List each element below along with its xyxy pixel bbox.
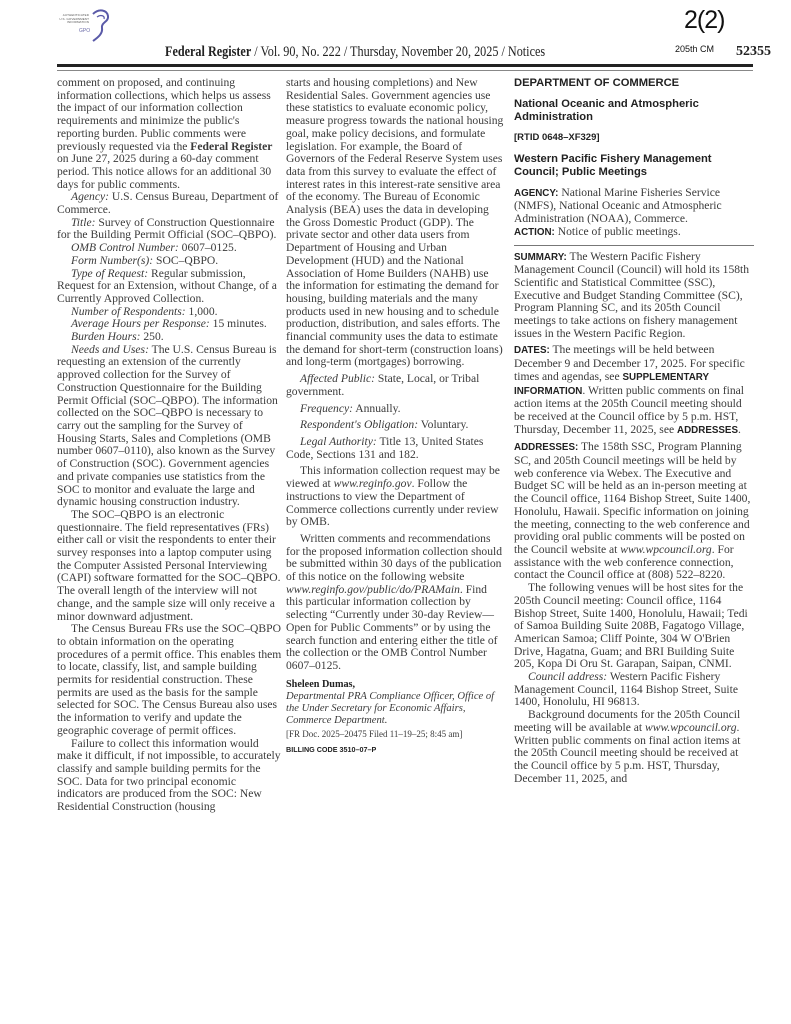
agency-heading: National Oceanic and Atmospheric Adminis… <box>514 98 754 124</box>
field-label: Needs and Uses: <box>71 343 149 356</box>
column-2: starts and housing completions) and New … <box>286 77 504 757</box>
section-label: ACTION: <box>514 227 555 238</box>
cross-reference: ADDRESSES <box>677 425 738 436</box>
field-value: 250. <box>140 330 163 343</box>
divider <box>514 245 754 246</box>
gpo-authenticated-logo: AUTHENTICATED U.S. GOVERNMENT INFORMATIO… <box>55 8 115 44</box>
field-frequency: Frequency: Annually. <box>286 403 504 416</box>
header-rule <box>57 64 753 67</box>
background-paragraph: Background documents for the 205th Counc… <box>514 709 754 785</box>
addresses-section: ADDRESSES: The 158th SSC, Program Planni… <box>514 441 754 582</box>
wpcouncil-link[interactable]: www.wpcouncil.org <box>645 721 736 734</box>
billing-code: BILLING CODE 3510–07–P <box>286 744 504 757</box>
council-address: Council address: Western Pacific Fishery… <box>514 671 754 709</box>
column-3: DEPARTMENT OF COMMERCE National Oceanic … <box>514 77 754 785</box>
bold-text: Federal Register <box>190 140 272 153</box>
paragraph: Failure to collect this information woul… <box>57 738 283 814</box>
field-affected-public: Affected Public: State, Local, or Tribal… <box>286 373 504 398</box>
venues-paragraph: The following venues will be host sites … <box>514 582 754 671</box>
field-label: Average Hours per Response: <box>71 317 210 330</box>
field-label: Respondent's Obligation: <box>300 418 418 431</box>
field-value: SOC–QBPO. <box>153 254 218 267</box>
annotation-subtitle: 205th CM <box>675 44 714 54</box>
field-label: Title: <box>71 216 95 229</box>
section-label: ADDRESSES: <box>514 442 578 453</box>
section-text: The 158th SSC, Program Planning SC, and … <box>514 440 750 556</box>
field-label: Type of Request: <box>71 267 148 280</box>
rtid: [RTID 0648–XF329] <box>514 132 754 145</box>
field-legal-authority: Legal Authority: Title 13, United States… <box>286 436 504 461</box>
section-text: The Western Pacific Fishery Management C… <box>514 250 749 340</box>
field-value: 1,000. <box>186 305 218 318</box>
field-label: Frequency: <box>300 402 353 415</box>
agency-section: AGENCY: National Marine Fisheries Servic… <box>514 187 754 226</box>
paragraph: Written comments and recommendations for… <box>286 533 504 673</box>
field-type-of-request: Type of Request: Regular submission, Req… <box>57 268 283 306</box>
field-value: 15 minutes. <box>210 317 267 330</box>
field-value: Annually. <box>353 402 401 415</box>
annotation-number: 2(2) <box>684 7 724 33</box>
field-label: Council address: <box>528 670 607 683</box>
field-label: Affected Public: <box>300 372 375 385</box>
issue-details: / Vol. 90, No. 222 / Thursday, November … <box>251 44 545 60</box>
field-label: OMB Control Number: <box>71 241 179 254</box>
paragraph: This information collection request may … <box>286 465 504 529</box>
signer-name: Sheleen Dumas, <box>286 679 504 692</box>
page-number: 52355 <box>736 44 771 60</box>
field-value: The U.S. Census Bureau is requesting an … <box>57 343 278 508</box>
fr-doc-citation: [FR Doc. 2025–20475 Filed 11–19–25; 8:45… <box>286 729 504 740</box>
field-needs-and-uses: Needs and Uses: The U.S. Census Bureau i… <box>57 344 283 509</box>
text: Written comments and recommendations for… <box>286 532 502 583</box>
wpcouncil-link[interactable]: www.wpcouncil.org <box>620 543 711 556</box>
field-label: Number of Respondents: <box>71 305 186 318</box>
pra-main-link[interactable]: www.reginfo.gov/public/do/PRAMain <box>286 583 460 596</box>
signer-title: Departmental PRA Compliance Officer, Off… <box>286 691 504 727</box>
column-1: comment on proposed, and continuing info… <box>57 77 283 814</box>
eagle-icon <box>89 8 111 42</box>
field-label: Burden Hours: <box>71 330 140 343</box>
header-rule-thin <box>57 70 753 71</box>
text: . Find this particular information colle… <box>286 583 498 672</box>
paragraph: The SOC–QBPO is an electronic questionna… <box>57 509 283 623</box>
field-title: Title: Survey of Construction Questionna… <box>57 217 283 242</box>
reginfo-link[interactable]: www.reginfo.gov <box>334 477 412 490</box>
field-value: Voluntary. <box>418 418 468 431</box>
section-label: SUMMARY: <box>514 252 567 263</box>
section-text: Notice of public meetings. <box>555 225 681 238</box>
paragraph: comment on proposed, and continuing info… <box>57 77 283 191</box>
text: on June 27, 2025 during a 60-day comment… <box>57 152 271 190</box>
field-label: Legal Authority: <box>300 435 377 448</box>
field-agency: Agency: U.S. Census Bureau, Department o… <box>57 191 283 216</box>
logo-line: INFORMATION <box>55 21 89 25</box>
action-section: ACTION: Notice of public meetings. <box>514 226 754 240</box>
paragraph: The Census Bureau FRs use the SOC–QBPO t… <box>57 623 283 737</box>
field-respondents-obligation: Respondent's Obligation: Voluntary. <box>286 419 504 432</box>
department-heading: DEPARTMENT OF COMMERCE <box>514 77 754 90</box>
notice-subject: Western Pacific Fishery Management Counc… <box>514 153 754 179</box>
field-value: 0607–0125. <box>179 241 237 254</box>
field-label: Form Number(s): <box>71 254 153 267</box>
dates-section: DATES: The meetings will be held between… <box>514 344 754 437</box>
running-header: Federal Register / Vol. 90, No. 222 / Th… <box>165 44 545 61</box>
publication-name: Federal Register <box>165 44 251 60</box>
logo-text: AUTHENTICATED U.S. GOVERNMENT INFORMATIO… <box>55 14 89 25</box>
paragraph: starts and housing completions) and New … <box>286 77 504 369</box>
field-label: Agency: <box>71 190 109 203</box>
section-label: AGENCY: <box>514 188 558 199</box>
section-label: DATES: <box>514 345 550 356</box>
summary-section: SUMMARY: The Western Pacific Fishery Man… <box>514 251 754 341</box>
section-text: . <box>738 423 741 436</box>
